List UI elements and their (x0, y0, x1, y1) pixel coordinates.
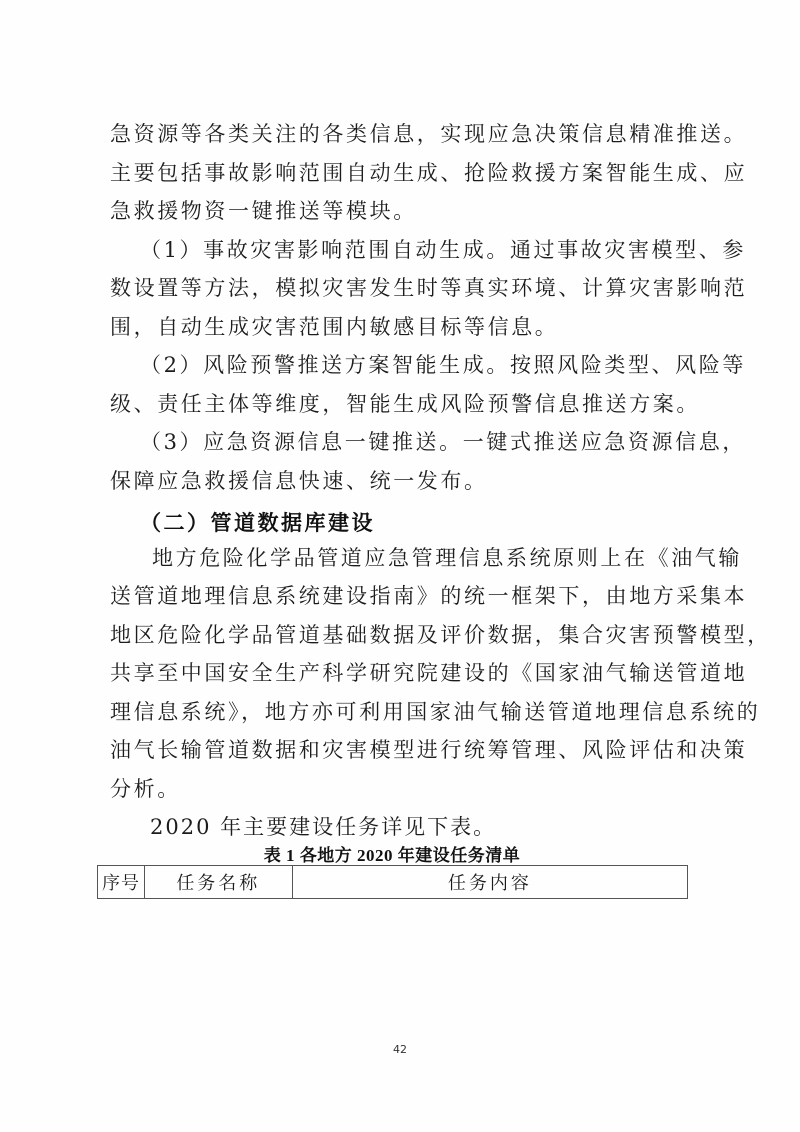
list-item-line: （3）应急资源信息一键推送。一键式推送应急资源信息， (140, 430, 746, 454)
paragraph-line: 共享至中国安全生产科学研究院建设的《国家油气输送管道地 (110, 661, 747, 685)
paragraph-line: 地区危险化学品管道基础数据及评价数据，集合灾害预警模型， (110, 623, 771, 647)
paragraph-line: 送管道地理信息系统建设指南》的统一框架下，由地方采集本 (110, 584, 747, 608)
list-item-line: （1）事故灾害影响范围自动生成。通过事故灾害模型、参 (140, 238, 746, 262)
document-page: 急资源等各类关注的各类信息，实现应急决策信息精准推送。 主要包括事故影响范围自动… (0, 0, 800, 1132)
paragraph-line: 急救援物资一键推送等模块。 (110, 199, 417, 223)
list-item-line: （2）风险预警推送方案智能生成。按照风险类型、风险等 (140, 353, 746, 377)
task-table: 序号 任务名称 任务内容 (97, 865, 688, 899)
column-header-task-name: 任务名称 (144, 866, 292, 899)
list-item-line: 数设置等方法，模拟灾害发生时等真实环境、计算灾害影响范 (110, 276, 747, 300)
paragraph-line: 分析。 (110, 777, 181, 801)
paragraph-line: 油气长输管道数据和灾害模型进行统筹管理、风险评估和决策 (110, 738, 747, 762)
page-number: 42 (0, 1043, 800, 1056)
list-item-line: 级、责任主体等维度，智能生成风险预警信息推送方案。 (110, 392, 700, 416)
list-item-line: 围，自动生成灾害范围内敏感目标等信息。 (110, 315, 558, 339)
paragraph-line: 主要包括事故影响范围自动生成、抢险救援方案智能生成、应 (110, 161, 747, 185)
paragraph-line: 急资源等各类关注的各类信息，实现应急决策信息精准推送。 (110, 122, 747, 146)
column-header-index: 序号 (98, 866, 145, 899)
paragraph-line: 地方危险化学品管道应急管理信息系统原则上在《油气输 (152, 546, 742, 570)
paragraph-line: 理信息系统》，地方亦可利用国家油气输送管道地理信息系统的 (110, 700, 760, 724)
list-item-line: 保障应急救援信息快速、统一发布。 (110, 469, 488, 493)
table-caption: 表 1 各地方 2020 年建设任务清单 (0, 841, 784, 866)
table-intro-sentence: 2020 年主要建设任务详见下表。 (150, 815, 496, 839)
column-header-task-content: 任务内容 (292, 866, 687, 899)
table-header-row: 序号 任务名称 任务内容 (98, 866, 688, 899)
section-heading: （二）管道数据库建设 (140, 507, 375, 537)
